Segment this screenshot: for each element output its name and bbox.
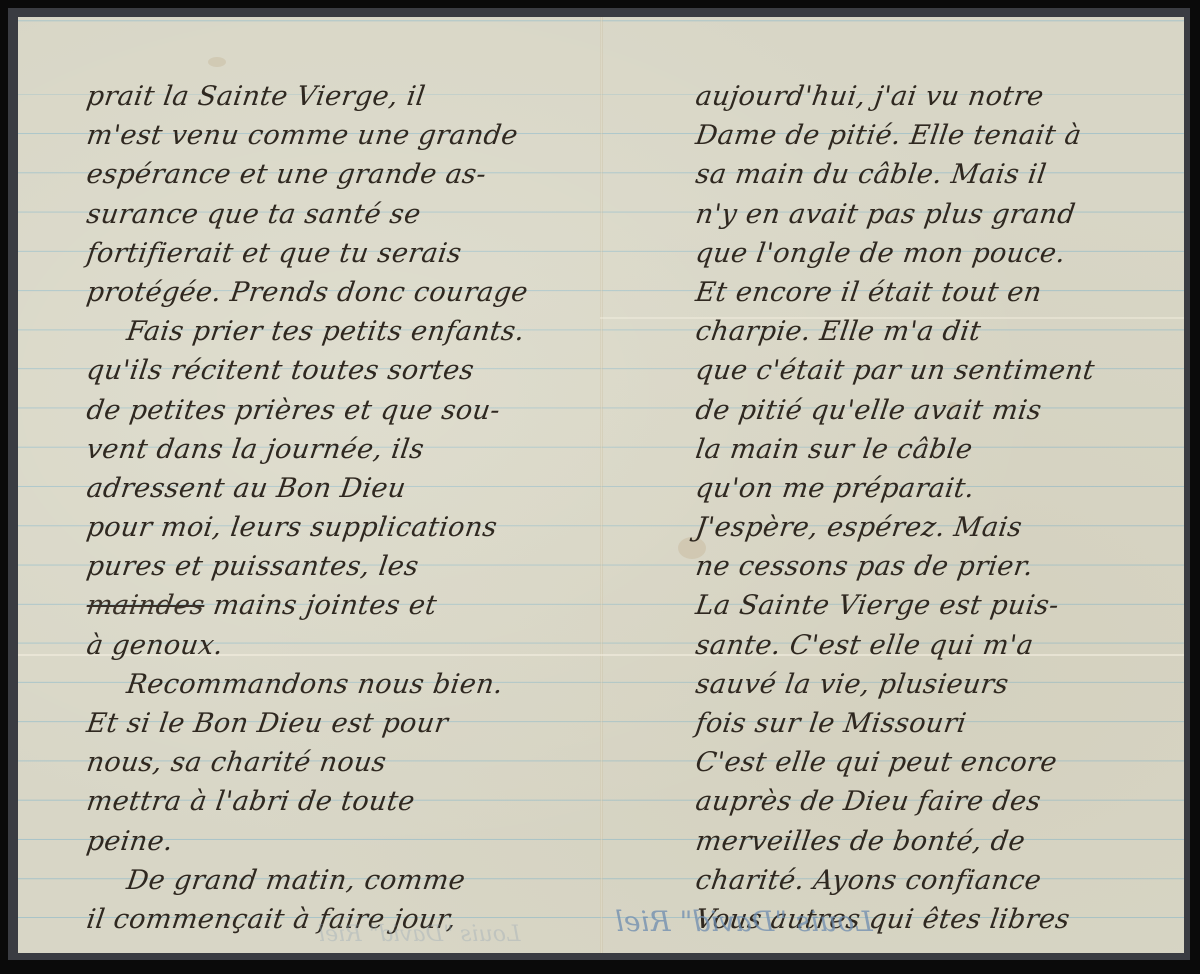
handwritten-line: que l'ongle de mon pouce.: [693, 234, 1184, 273]
struck-word: maindes: [85, 590, 207, 621]
handwritten-line: vent dans la journée, ils: [84, 430, 600, 469]
handwritten-line: mettra à l'abri de toute: [84, 782, 600, 821]
handwritten-line: de petites prières et que sou-: [84, 391, 600, 430]
handwritten-line: Recommandons nous bien.: [84, 665, 600, 704]
handwritten-line-with-strikethrough: maindes mains jointes et: [84, 586, 600, 625]
handwritten-line: qu'on me préparait.: [693, 469, 1184, 508]
handwritten-line: Fais prier tes petits enfants.: [84, 312, 600, 351]
handwritten-line: fortifierait et que tu serais: [84, 234, 600, 273]
center-fold: [600, 17, 603, 953]
handwritten-line: espérance et une grande as-: [84, 155, 600, 194]
handwritten-line: prait la Sainte Vierge, il: [84, 77, 600, 116]
faint-bleed-through-text: Louis "David" Riel: [318, 922, 521, 947]
handwritten-line: merveilles de bonté, de: [693, 822, 1184, 861]
handwritten-line: Dame de pitié. Elle tenait à: [693, 116, 1184, 155]
handwritten-line: charpie. Elle m'a dit: [693, 312, 1184, 351]
letter-paper: prait la Sainte Vierge, il m'est venu co…: [18, 17, 1184, 953]
handwritten-line: aujourd'hui, j'ai vu notre: [693, 77, 1184, 116]
handwritten-line: pour moi, leurs supplications: [84, 508, 600, 547]
handwritten-line: sante. C'est elle qui m'a: [693, 626, 1184, 665]
handwritten-line: surance que ta santé se: [84, 195, 600, 234]
handwritten-line: nous, sa charité nous: [84, 743, 600, 782]
handwritten-line: qu'ils récitent toutes sortes: [84, 351, 600, 390]
right-page-text: aujourd'hui, j'ai vu notre Dame de pitié…: [693, 77, 1183, 939]
handwritten-line: ne cessons pas de prier.: [693, 547, 1184, 586]
handwritten-line: Et encore il était tout en: [693, 273, 1184, 312]
handwritten-line: J'espère, espérez. Mais: [693, 508, 1184, 547]
handwritten-line: fois sur le Missouri: [693, 704, 1184, 743]
handwritten-line: C'est elle qui peut encore: [693, 743, 1184, 782]
handwritten-line: à genoux.: [84, 626, 600, 665]
handwritten-line: de pitié qu'elle avait mis: [693, 391, 1184, 430]
handwritten-line: protégée. Prends donc courage: [84, 273, 600, 312]
handwritten-line: peine.: [84, 822, 600, 861]
handwritten-line: La Sainte Vierge est puis-: [693, 586, 1184, 625]
handwritten-line: Et si le Bon Dieu est pour: [84, 704, 600, 743]
handwritten-line: m'est venu comme une grande: [84, 116, 600, 155]
bleed-through-signature: Louis "David" Riel: [615, 905, 873, 938]
handwritten-line: n'y en avait pas plus grand: [693, 195, 1184, 234]
handwritten-line: que c'était par un sentiment: [693, 351, 1184, 390]
handwritten-line: charité. Ayons confiance: [693, 861, 1184, 900]
handwritten-line: sauvé la vie, plusieurs: [693, 665, 1184, 704]
handwritten-line: adressent au Bon Dieu: [84, 469, 600, 508]
handwritten-line: De grand matin, comme: [84, 861, 600, 900]
left-page-text: prait la Sainte Vierge, il m'est venu co…: [84, 77, 594, 939]
handwritten-line: pures et puissantes, les: [84, 547, 600, 586]
handwritten-text: mains jointes et: [211, 590, 439, 621]
handwritten-line: auprès de Dieu faire des: [693, 782, 1184, 821]
handwritten-line: sa main du câble. Mais il: [693, 155, 1184, 194]
ink-stain: [208, 57, 226, 67]
handwritten-line: la main sur le câble: [693, 430, 1184, 469]
